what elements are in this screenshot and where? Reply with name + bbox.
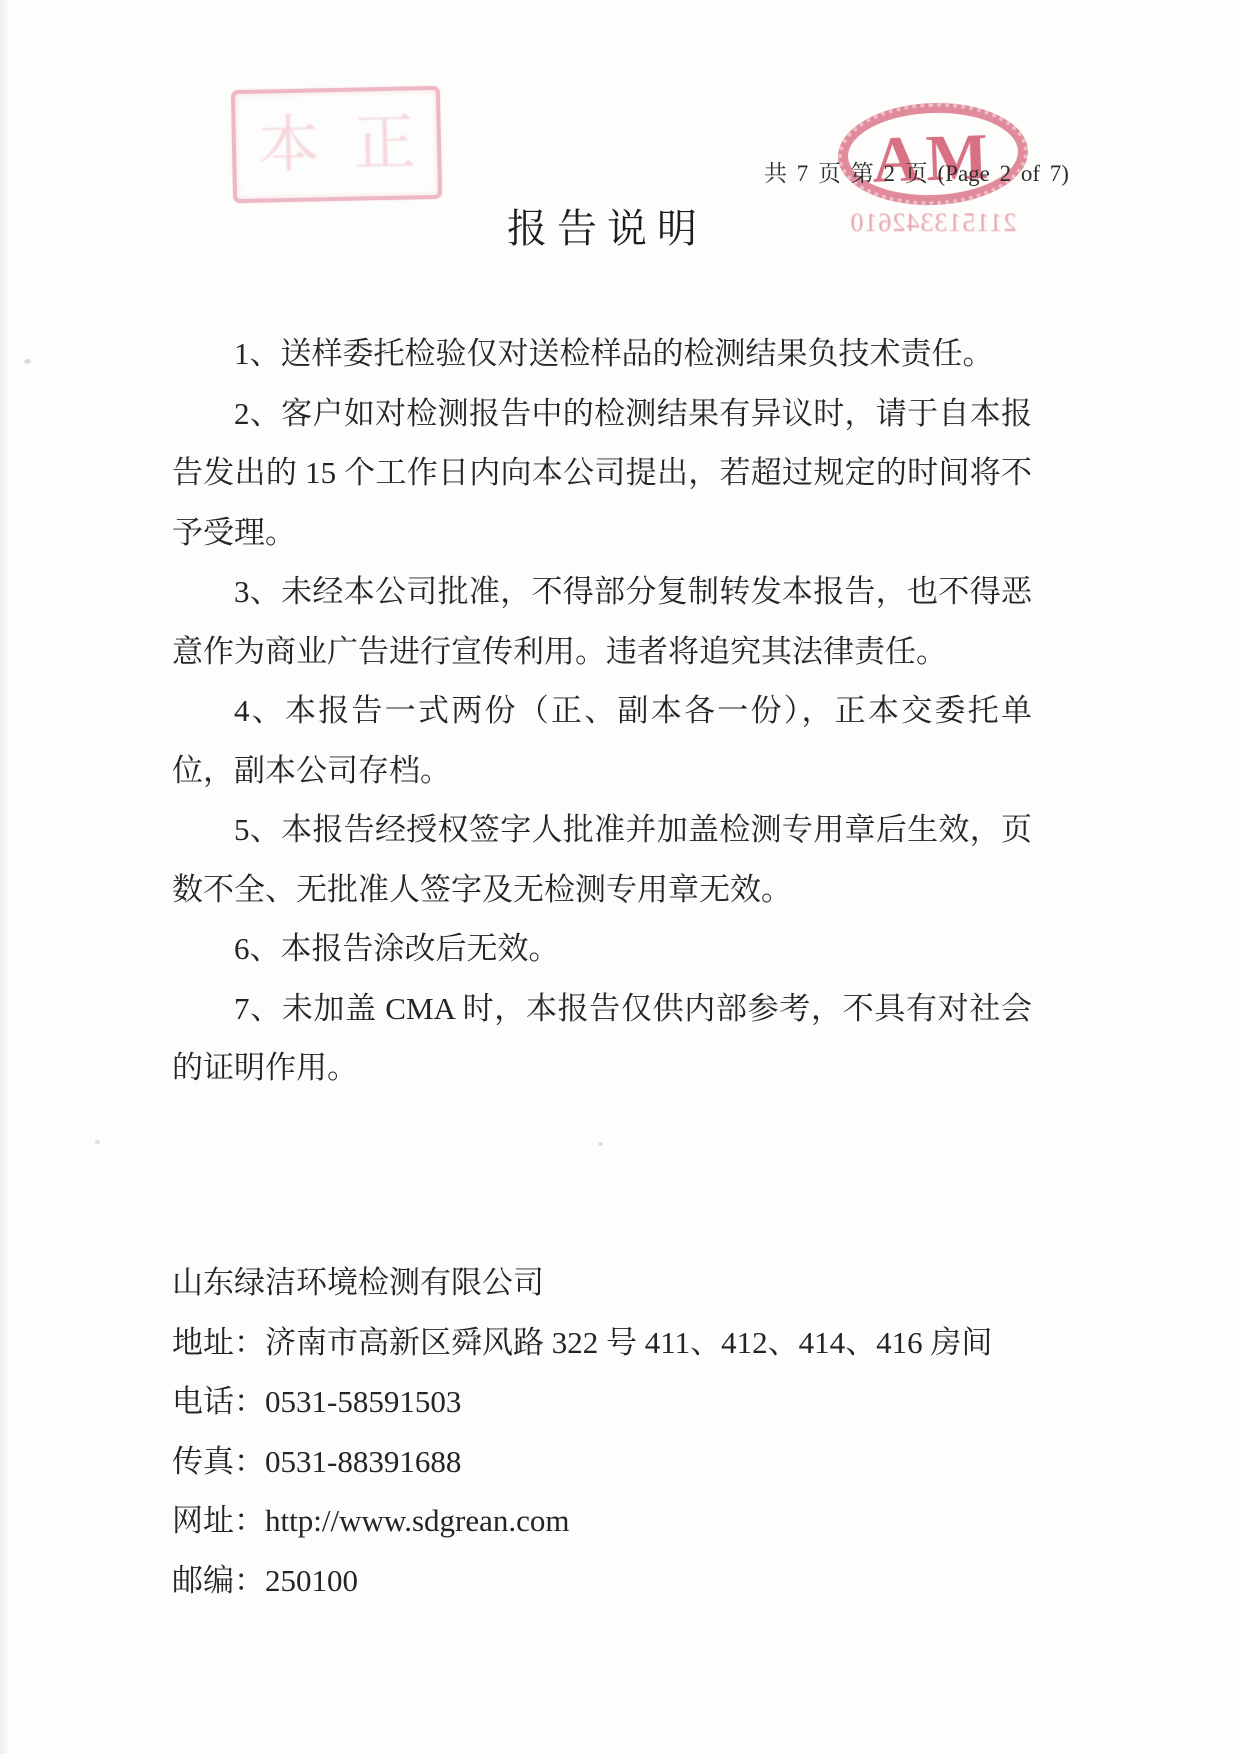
note-item-1: 1、送样委托检验仅对送检样品的检测结果负技术责任。	[172, 324, 1032, 384]
cma-oval-stamp-bleedthrough: AM	[836, 100, 1029, 209]
company-postcode: 邮编：250100	[172, 1551, 1092, 1611]
rectangular-copy-stamp: 本 正	[231, 86, 442, 203]
scanned-report-page: 本 正 AM 211513342610 共 7 页 第 2 页 (Page 2 …	[0, 0, 1240, 1754]
company-name: 山东绿洁环境检测有限公司	[172, 1253, 1092, 1313]
company-phone: 电话：0531-58591503	[172, 1372, 1092, 1432]
report-notes: 1、送样委托检验仅对送检样品的检测结果负技术责任。 2、客户如对检测报告中的检测…	[172, 324, 1032, 1098]
scan-speck	[24, 359, 31, 364]
note-item-4: 4、本报告一式两份（正、副本各一份），正本交委托单位，副本公司存档。	[172, 681, 1032, 800]
note-item-2: 2、客户如对检测报告中的检测结果有异议时，请于自本报告发出的 15 个工作日内向…	[172, 384, 1032, 563]
note-item-3: 3、未经本公司批准，不得部分复制转发本报告，也不得恶意作为商业广告进行宣传利用。…	[172, 562, 1032, 681]
title-row: 报告说明	[172, 197, 1032, 254]
note-item-7: 7、未加盖 CMA 时，本报告仅供内部参考，不具有对社会的证明作用。	[172, 979, 1032, 1098]
scan-speck	[598, 1142, 603, 1146]
stamp-character-left: 本	[257, 114, 320, 177]
page-number-header: 共 7 页 第 2 页 (Page 2 of 7)	[764, 155, 1069, 188]
stamp-character-right: 正	[353, 112, 416, 175]
company-website: 网址：http://www.sdgrean.com	[172, 1491, 1092, 1551]
page-title: 报告说明	[497, 206, 707, 251]
company-info-block: 山东绿洁环境检测有限公司 地址：济南市高新区舜风路 322 号 411、412、…	[172, 1253, 1092, 1610]
scan-speck	[95, 1140, 100, 1144]
company-fax: 传真：0531-88391688	[172, 1432, 1092, 1492]
note-item-5: 5、本报告经授权签字人批准并加盖检测专用章后生效，页数不全、无批准人签字及无检测…	[172, 800, 1032, 919]
company-address: 地址：济南市高新区舜风路 322 号 411、412、414、416 房间	[172, 1313, 1092, 1373]
note-item-6: 6、本报告涂改后无效。	[172, 919, 1032, 979]
